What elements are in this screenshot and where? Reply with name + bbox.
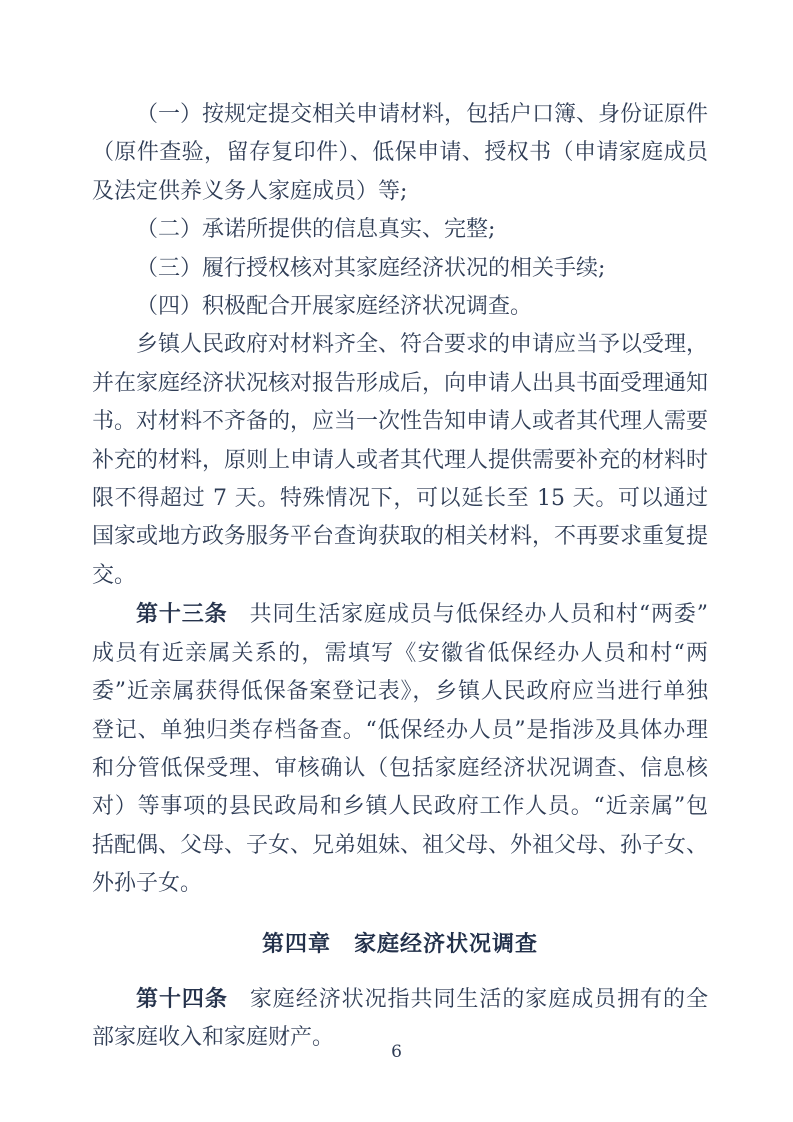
list-item-4: （四）积极配合开展家庭经济状况调查。 (92, 288, 708, 326)
article-14-number: 第十四条 (136, 986, 228, 1012)
page-number: 6 (0, 1042, 793, 1062)
list-item-1: （一）按规定提交相关申请材料，包括户口簿、身份证原件（原件查验，留存复印件）、低… (92, 96, 708, 211)
document-body: （一）按规定提交相关申请材料，包括户口簿、身份证原件（原件查验，留存复印件）、低… (92, 96, 708, 1058)
article-13-paragraph: 第十三条共同生活家庭成员与低保经办人员和村“两委”成员有近亲属关系的，需填写《安… (92, 595, 708, 903)
list-item-3: （三）履行授权核对其家庭经济状况的相关手续; (92, 250, 708, 288)
document-page: （一）按规定提交相关申请材料，包括户口簿、身份证原件（原件查验，留存复印件）、低… (0, 0, 793, 1122)
article-13-text: 共同生活家庭成员与低保经办人员和村“两委”成员有近亲属关系的，需填写《安徽省低保… (92, 602, 708, 896)
list-item-2: （二）承诺所提供的信息真实、完整; (92, 211, 708, 249)
article-13-number: 第十三条 (136, 601, 228, 627)
paragraph-acceptance: 乡镇人民政府对材料齐全、符合要求的申请应当予以受理，并在家庭经济状况核对报告形成… (92, 326, 708, 595)
chapter-4-heading: 第四章 家庭经济状况调查 (92, 926, 708, 964)
